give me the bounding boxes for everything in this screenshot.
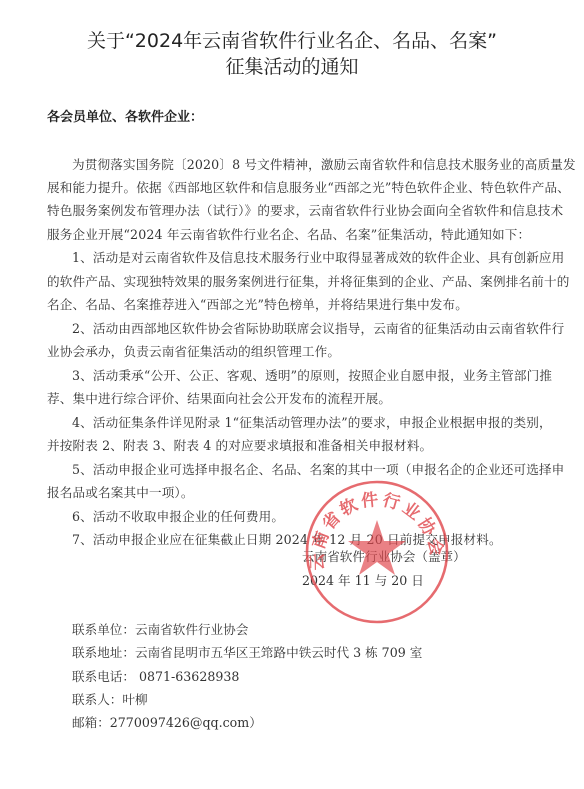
signature-org: 云南省软件行业协会（盖章） xyxy=(302,546,466,565)
contact-email: 邮箱：2770097426@qq.com） xyxy=(72,712,262,731)
body-line: 3、活动秉承“公开、公正、客观、透明”的原则，按照企业自愿申报，业务主管部门推 xyxy=(72,365,552,384)
body-line: 荐、集中进行综合评价、结果面向社会公开发布的流程开展。 xyxy=(47,388,391,407)
body-line: 并按附表 2、附表 3、附表 4 的对应要求填报和准备相关申报材料。 xyxy=(47,435,432,454)
body-line: 名企、名品、名案推荐进入“西部之光”特色榜单，并将结果进行集中发布。 xyxy=(47,294,468,313)
salutation: 各会员单位、各软件企业： xyxy=(47,106,203,125)
contact-address: 联系地址：云南省昆明市五华区王筇路中铁云时代 3 栋 709 室 xyxy=(72,642,422,661)
body-line: 展和能力提升。依据《西部地区软件和信息服务业“西部之光”特色软件企业、特色软件产… xyxy=(47,177,570,196)
body-line: 2、活动由西部地区软件协会省际协助联席会议指导，云南省的征集活动由云南省软件行 xyxy=(72,318,564,337)
contact-phone: 联系电话： 0871-63628938 xyxy=(72,666,239,685)
body-line: 6、活动不收取申报企业的任何费用。 xyxy=(72,506,284,525)
contact-person: 联系人：叶柳 xyxy=(72,689,148,708)
body-line: 4、活动征集条件详见附录 1“征集活动管理办法”的要求，申报企业根据申报的类别， xyxy=(72,412,552,431)
body-line: 报名品或名案其中一项）。 xyxy=(47,482,194,501)
body-line: 服务企业开展“2024 年云南省软件行业名企、名品、名案”征集活动，特此通知如下… xyxy=(47,224,530,243)
body-line: 业协会承办，负责云南省征集活动的组织管理工作。 xyxy=(47,341,340,360)
notice-document: 关于“2024年云南省软件行业名企、名品、名案” 征集活动的通知 各会员单位、各… xyxy=(0,0,584,789)
contact-unit: 联系单位：云南省软件行业协会 xyxy=(72,619,248,638)
body-line: 为贯彻落实国务院〔2020〕8 号文件精神，激励云南省软件和信息技术服务业的高质… xyxy=(72,154,576,173)
document-title-line-1: 关于“2024年云南省软件行业名企、名品、名案” xyxy=(0,26,584,53)
body-line: 特色服务案例发布管理办法（试行）》的要求，云南省软件行业协会面向全省软件和信息技… xyxy=(47,200,563,219)
signature-date: 2024 年 11 与 20 日 xyxy=(302,570,424,589)
body-line: 1、活动是对云南省软件及信息技术服务行业中取得显著成效的软件企业、具有创新应用 xyxy=(72,247,564,266)
body-line: 的软件产品、实现独特效果的服务案例进行征集，并将征集到的企业、产品、案例排名前十… xyxy=(47,271,570,290)
body-line: 5、活动申报企业可选择申报名企、名品、名案的其中一项（申报名企的企业还可选择申 xyxy=(72,459,564,478)
document-title-line-2: 征集活动的通知 xyxy=(0,52,584,79)
